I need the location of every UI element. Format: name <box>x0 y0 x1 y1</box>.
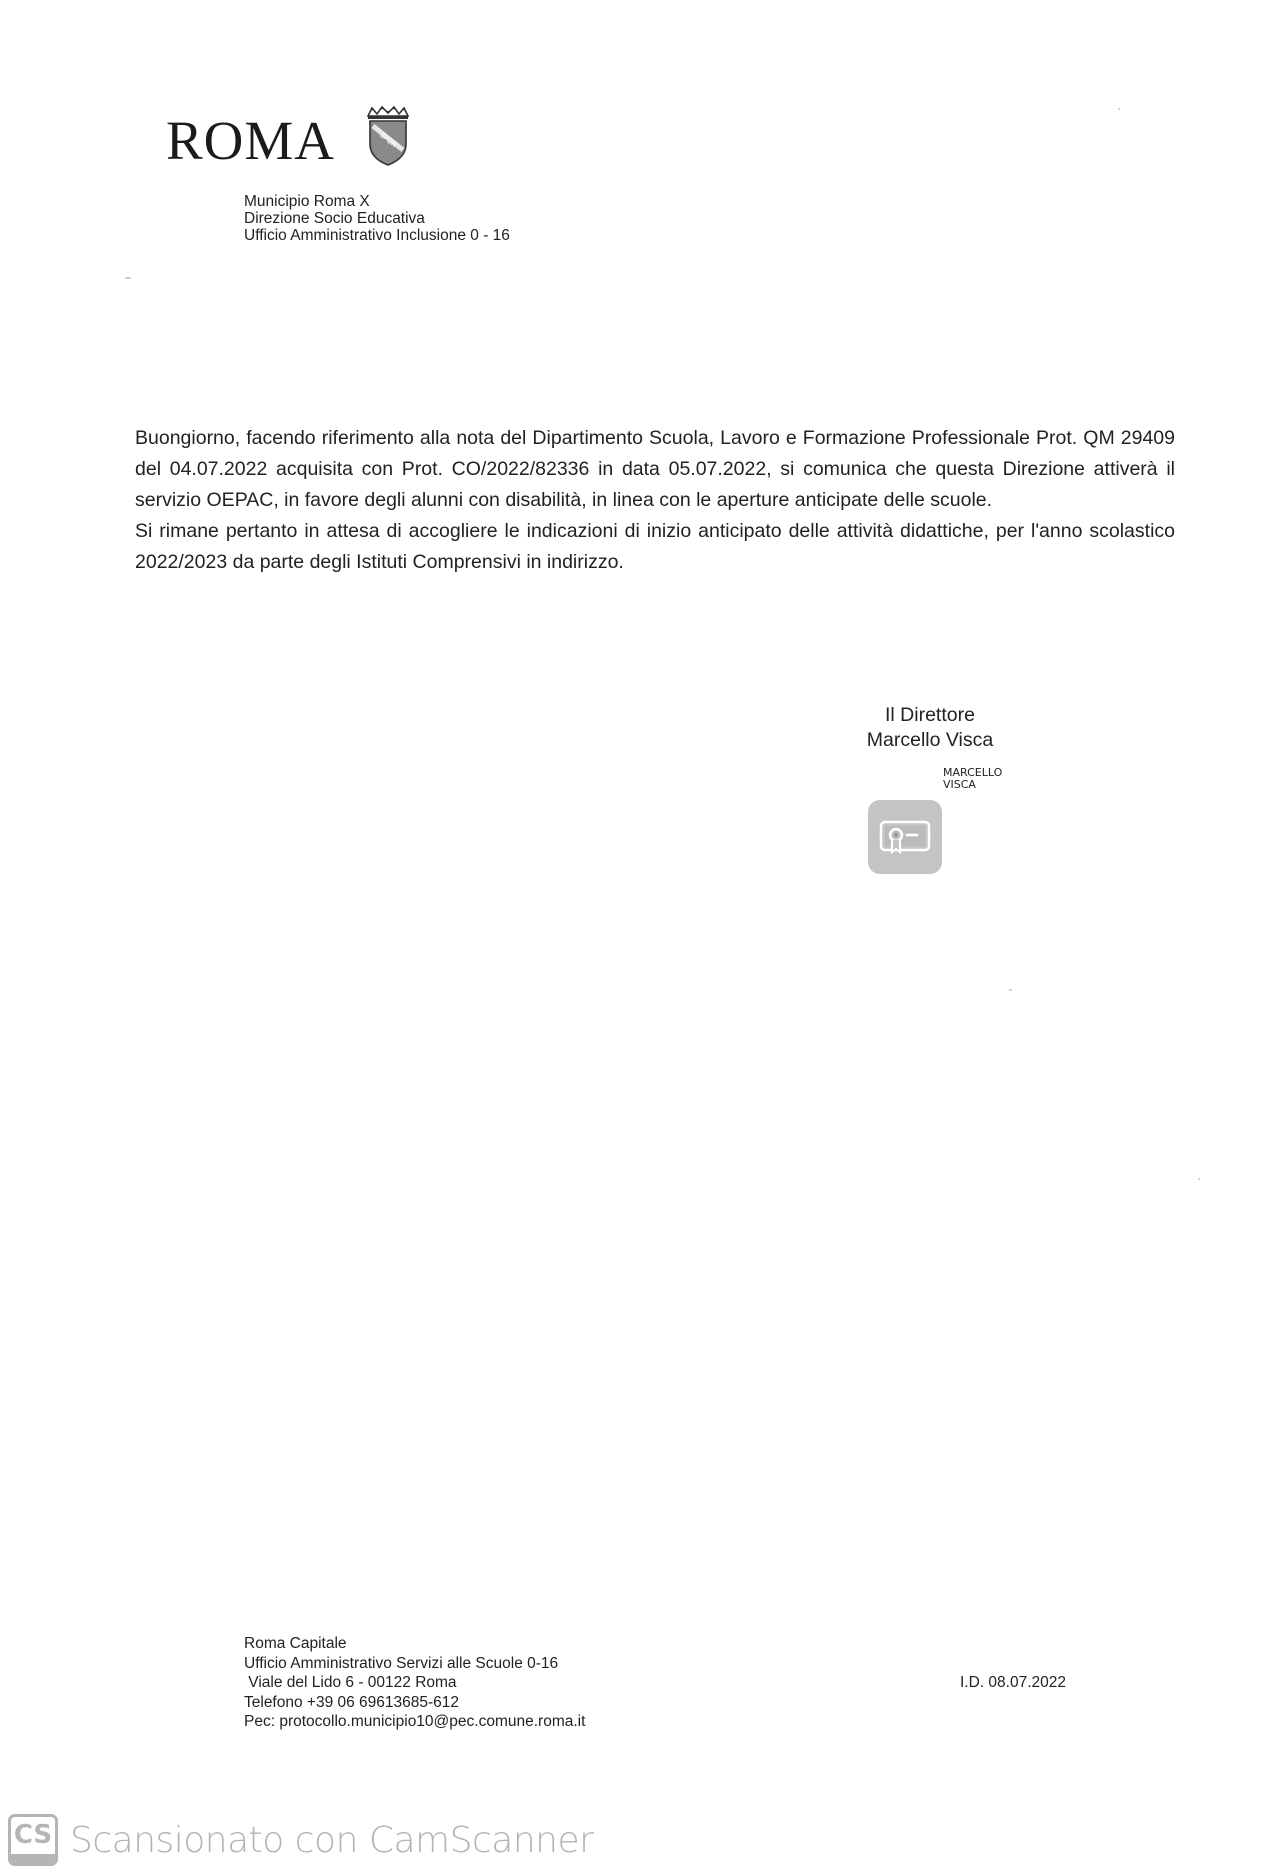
letter-body: Buongiorno, facendo riferimento alla not… <box>135 423 1175 578</box>
signature-block: Il Direttore Marcello Visca <box>850 703 1010 753</box>
footer-line-phone: Telefono +39 06 69613685-612 <box>244 1693 585 1713</box>
body-paragraph: Si rimane pertanto in attesa di accoglie… <box>135 516 1175 578</box>
digital-certificate-icon <box>868 800 942 874</box>
roma-logo-text: ROMA <box>166 113 335 168</box>
rome-coat-of-arms-icon: SPQR <box>362 106 414 166</box>
digital-signature-name: MARCELLO VISCA <box>943 767 1002 791</box>
camscanner-watermark: CS Scansionato con CamScanner <box>8 1812 593 1868</box>
footer-line-entity: Roma Capitale <box>244 1634 585 1654</box>
footer-line-pec: Pec: protocollo.municipio10@pec.comune.r… <box>244 1712 585 1732</box>
office-line-ufficio: Ufficio Amministrativo Inclusione 0 - 16 <box>244 227 510 244</box>
footer-line-office: Ufficio Amministrativo Servizi alle Scuo… <box>244 1654 585 1674</box>
scan-speck <box>125 277 131 279</box>
body-paragraph: Buongiorno, facendo riferimento alla not… <box>135 423 1175 516</box>
scan-speck <box>1118 108 1120 110</box>
office-line-municipio: Municipio Roma X <box>244 193 510 210</box>
document-id: I.D. 08.07.2022 <box>960 1674 1066 1692</box>
camscanner-logo-icon: CS <box>8 1814 58 1866</box>
footer-address: Roma Capitale Ufficio Amministrativo Ser… <box>244 1634 585 1732</box>
camscanner-logo-letters: CS <box>11 1820 55 1850</box>
office-line-direzione: Direzione Socio Educativa <box>244 210 510 227</box>
signer-name: Marcello Visca <box>850 728 1010 753</box>
scan-speck <box>1198 1178 1200 1180</box>
camscanner-text: Scansionato con CamScanner <box>70 1820 593 1861</box>
footer-line-street: Viale del Lido 6 - 00122 Roma <box>244 1673 585 1693</box>
signer-role: Il Direttore <box>850 703 1010 728</box>
office-header: Municipio Roma X Direzione Socio Educati… <box>244 193 510 244</box>
digital-signature-name-line2: VISCA <box>943 779 1002 791</box>
scan-speck <box>1009 989 1012 991</box>
